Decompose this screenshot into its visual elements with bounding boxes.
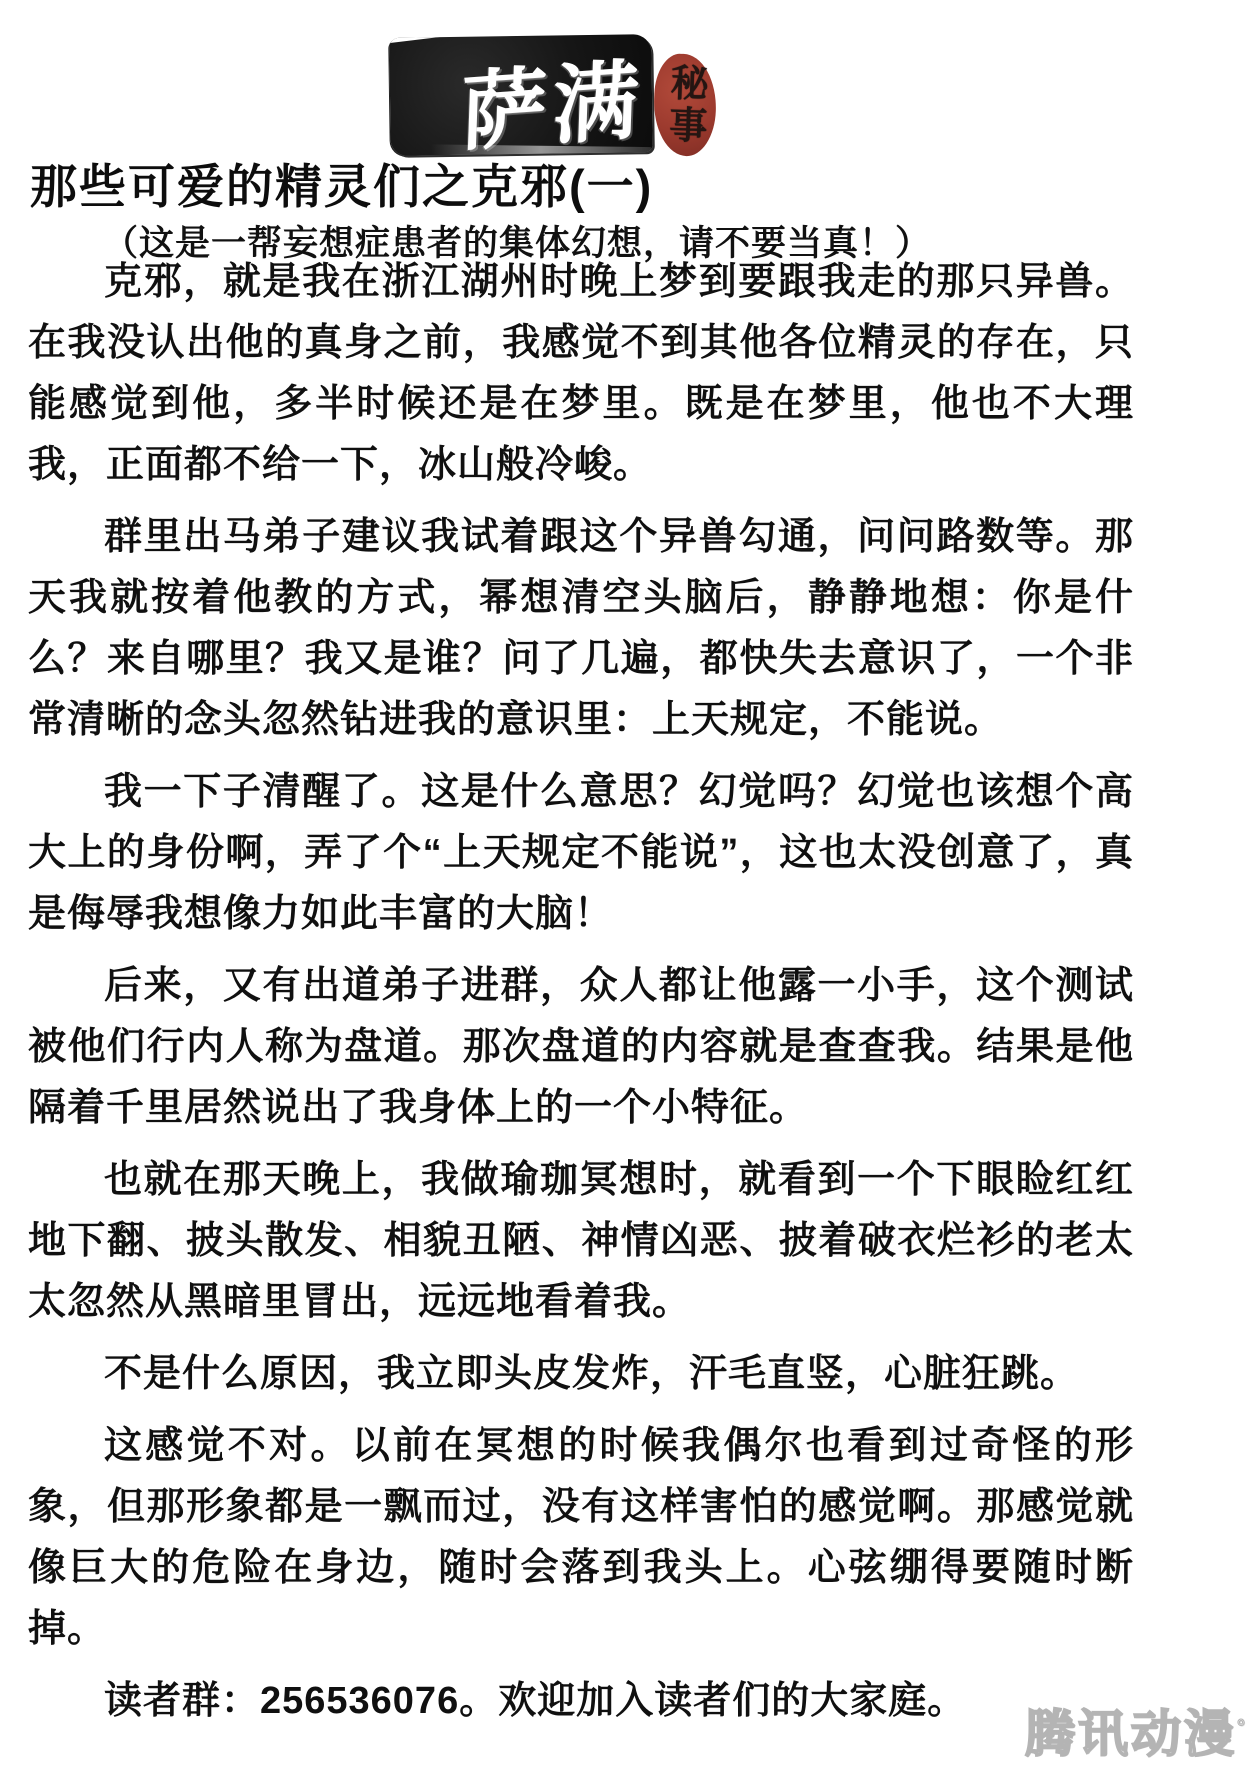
comic-text-page: 萨满 秘事 那些可爱的精灵们之克邪(一) （这是一帮妄想症患者的集体幻想，请不要… bbox=[0, 0, 1260, 1782]
logo-red-seal: 秘事 bbox=[652, 53, 718, 157]
paragraph-2: 群里出马弟子建议我试着跟这个异兽勾通，问问路数等。那天我就按着他教的方式，幂想清… bbox=[28, 507, 1134, 751]
paragraph-7: 这感觉不对。以前在冥想的时候我偶尔也看到过奇怪的形象，但那形象都是一飘而过，没有… bbox=[28, 1416, 1134, 1660]
logo-calligraphy-text: 萨满 bbox=[459, 31, 647, 168]
paragraph-5: 也就在那天晚上，我做瑜珈冥想时，就看到一个下眼睑红红地下翻、披头散发、相貌丑陋、… bbox=[28, 1150, 1134, 1333]
series-logo: 萨满 秘事 bbox=[390, 36, 716, 158]
paragraph-6: 不是什么原因，我立即头皮发炸，汗毛直竖，心脏狂跳。 bbox=[28, 1344, 1134, 1405]
paragraph-3: 我一下子清醒了。这是什么意思？幻觉吗？幻觉也该想个高大上的身份啊，弄了个“上天规… bbox=[28, 762, 1134, 945]
watermark-degree-mark: ° bbox=[1237, 1716, 1248, 1738]
tencent-comics-watermark: 腾讯动漫° bbox=[1025, 1694, 1248, 1766]
paragraph-4: 后来，又有出道弟子进群，众人都让他露一小手，这个测试被他们行内人称为盘道。那次盘… bbox=[28, 956, 1134, 1139]
paragraph-1: 克邪，就是我在浙江湖州时晚上梦到要跟我走的那只异兽。在我没认出他的真身之前，我感… bbox=[28, 252, 1134, 496]
page-title: 那些可爱的精灵们之克邪(一) bbox=[30, 150, 653, 217]
watermark-text: 腾讯动漫 bbox=[1025, 1706, 1237, 1762]
logo-seal-text: 秘事 bbox=[656, 62, 714, 148]
reader-group-line: 读者群：256536076。欢迎加入读者们的大家庭。 bbox=[28, 1671, 1134, 1732]
article-body: 克邪，就是我在浙江湖州时晚上梦到要跟我走的那只异兽。在我没认出他的真身之前，我感… bbox=[28, 252, 1134, 1743]
